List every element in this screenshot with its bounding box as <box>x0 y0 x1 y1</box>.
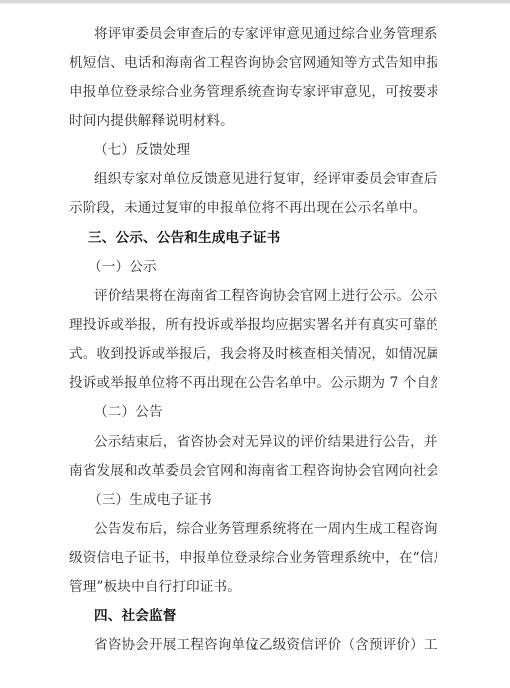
paragraph-line: 式。收到投诉或举报后，我会将及时核查相关情况，如情况属实，被 <box>69 340 437 369</box>
subheading-feedback: （七）反馈处理 <box>94 136 462 165</box>
paragraph-line: 省咨协会开展工程咨询单位乙级资信评价（含预评价）工作期间 <box>94 631 437 660</box>
page-number: 4 <box>248 643 260 652</box>
section-heading-supervision: 四、社会监督 <box>94 602 462 631</box>
paragraph-line: 组织专家对单位反馈意见进行复审，经评审委员会审查后进入公 <box>94 165 437 194</box>
paragraph-line: 公告发布后，综合业务管理系统将在一周内生成工程咨询单位乙 <box>94 515 437 544</box>
section-heading-publicity: 三、公示、公告和生成电子证书 <box>88 224 456 253</box>
paragraph-line: 南省发展和改革委员会官网和海南省工程咨询协会官网向社会公布。 <box>69 457 437 486</box>
paragraph-line: 级资信电子证书，申报单位登录综合业务管理系统中，在“信息应用 <box>69 544 437 573</box>
paragraph-line: 示阶段，未通过复审的申报单位将不再出现在公示名单中。 <box>69 194 437 223</box>
page-top-border-shadow <box>0 3 510 4</box>
paragraph-line: 时间内提供解释说明材料。 <box>69 107 437 136</box>
paragraph-line: 管理”板块中自行打印证书。 <box>69 573 437 602</box>
subheading-announcement: （二）公告 <box>94 398 462 427</box>
paragraph-line: 理投诉或举报，所有投诉或举报均应据实署名并有真实可靠的联系方 <box>69 311 437 340</box>
paragraph-line: 投诉或举报单位将不再出现在公告名单中。公示期为 7 个自然日。 <box>69 369 437 398</box>
subheading-e-certificate: （三）生成电子证书 <box>88 486 456 515</box>
paragraph-line: 将评审委员会审查后的专家评审意见通过综合业务管理系统、手 <box>94 20 437 49</box>
paragraph-line: 机短信、电话和海南省工程咨询协会官网通知等方式告知申报单位。 <box>69 49 437 78</box>
paragraph-line: 评价结果将在海南省工程咨询协会官网上进行公示。公示期间受 <box>94 282 437 311</box>
paragraph-line: 申报单位登录综合业务管理系统查询专家评审意见，可按要求在规定 <box>69 78 437 107</box>
subheading-publicity: （一）公示 <box>88 253 456 282</box>
paragraph-line: 公示结束后，省咨协会对无异议的评价结果进行公告，并通过海 <box>94 428 437 457</box>
